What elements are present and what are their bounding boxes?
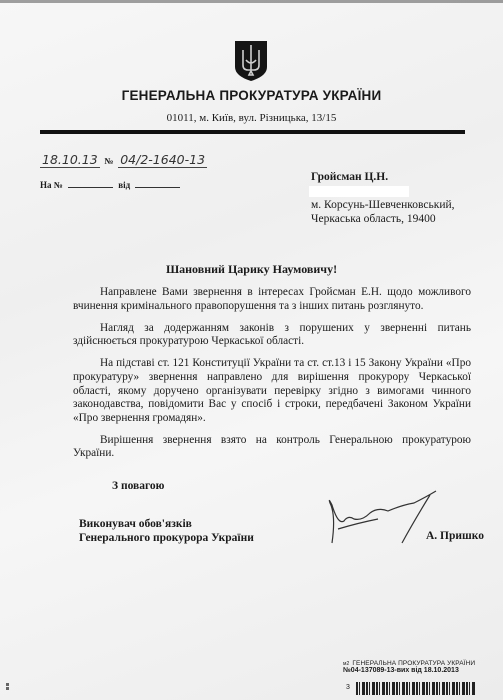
body-paragraph: На підставі ст. 121 Конституції України … — [73, 357, 471, 425]
organization-title: ГЕНЕРАЛЬНА ПРОКУРАТУРА УКРАЇНИ — [0, 88, 503, 103]
incoming-number-label: На № — [40, 180, 63, 190]
barcode — [356, 682, 476, 695]
number-label: № — [104, 156, 113, 166]
recipient-block: Гройсман Ц.Н. м. Корсунь-Шевченковський,… — [311, 170, 455, 227]
organization-address: 01011, м. Київ, вул. Різницька, 13/15 — [0, 112, 503, 124]
outgoing-date: 18.10.13 — [40, 152, 100, 168]
body-paragraph: Направлене Вами звернення в інтересах Гр… — [73, 286, 471, 313]
recipient-city: м. Корсунь-Шевченковський, — [311, 198, 455, 213]
letter-body: Направлене Вами звернення в інтересах Гр… — [73, 286, 471, 470]
salutation: Шановний Царику Наумовичу! — [0, 262, 503, 277]
incoming-number-blank — [68, 178, 113, 188]
letterhead-divider — [40, 130, 465, 134]
position-line-2: Генерального прокурора України — [79, 531, 254, 545]
margin-punch-marks — [6, 683, 9, 691]
redacted-street — [309, 186, 409, 197]
incoming-date-blank — [135, 178, 180, 188]
registration-stamp: м2ГЕНЕРАЛЬНА ПРОКУРАТУРА УКРАЇНИ №04-137… — [343, 660, 475, 674]
stamp-mark: 3 — [346, 684, 350, 691]
closing: З повагою — [112, 480, 164, 492]
incoming-reference: На № від — [40, 178, 183, 190]
recipient-name: Гройсман Ц.Н. — [311, 170, 455, 185]
stamp-reg-number: №04-137089-13-вих від 18.10.2013 — [343, 667, 475, 674]
signatory-position: Виконувач обов'язків Генерального прокур… — [79, 517, 254, 545]
incoming-from-label: від — [118, 180, 130, 190]
letter-page: ГЕНЕРАЛЬНА ПРОКУРАТУРА УКРАЇНИ 01011, м.… — [0, 0, 503, 700]
recipient-region: Черкаська область, 19400 — [311, 212, 455, 227]
position-line-1: Виконувач обов'язків — [79, 517, 254, 531]
outgoing-reference: 18.10.13 № 04/2-1640-13 — [40, 152, 207, 167]
outgoing-number: 04/2-1640-13 — [118, 152, 207, 168]
body-paragraph: Вирішення звернення взято на контроль Ге… — [73, 434, 471, 461]
signatory-name: А. Пришко — [426, 530, 484, 542]
body-paragraph: Нагляд за додержанням законів з порушени… — [73, 322, 471, 349]
stamp-org: ГЕНЕРАЛЬНА ПРОКУРАТУРА УКРАЇНИ — [352, 660, 475, 667]
trident-coat-of-arms-icon — [234, 40, 268, 82]
scan-edge — [0, 0, 503, 3]
